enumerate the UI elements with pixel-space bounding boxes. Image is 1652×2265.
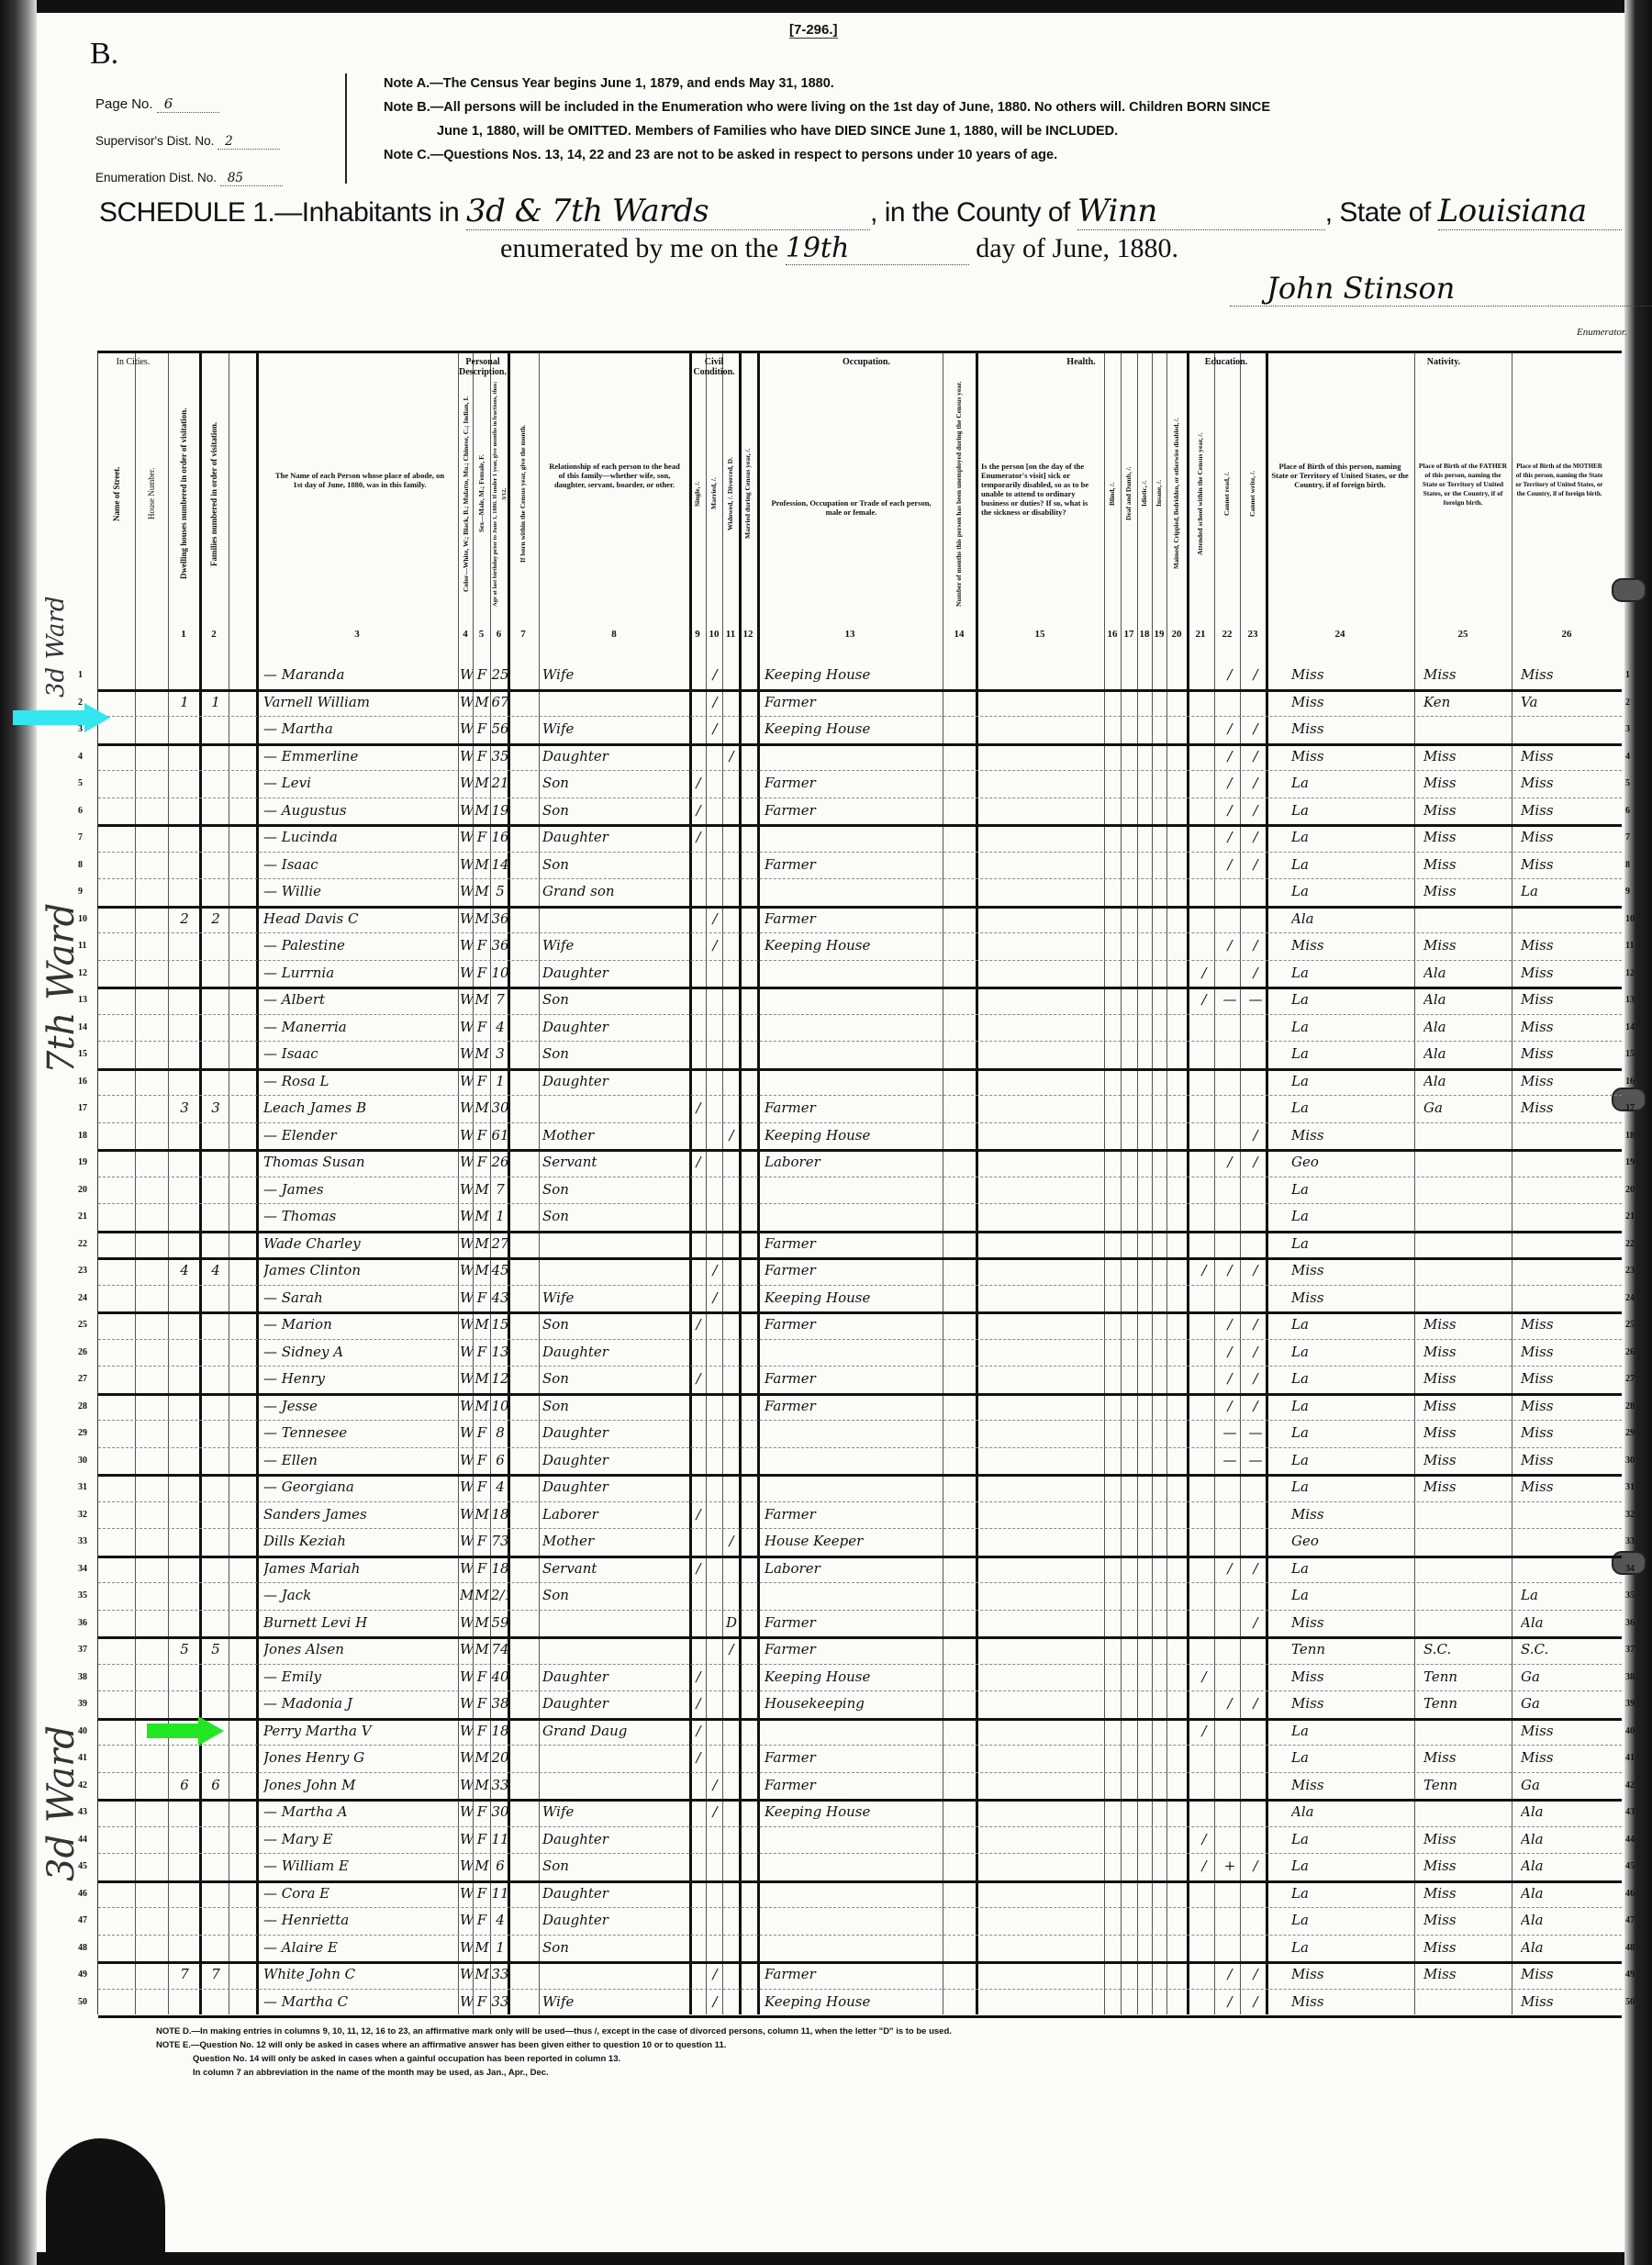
single-mark: / xyxy=(693,1695,704,1712)
sex-value: M xyxy=(474,856,489,873)
line-number-right: 1 xyxy=(1625,670,1630,680)
father-birthplace-value: Miss xyxy=(1423,1831,1510,1847)
supervisor-district: Supervisor's Dist. No. 2 xyxy=(95,134,280,150)
birthplace-value: La xyxy=(1291,1939,1411,1956)
color-value: W xyxy=(460,748,473,764)
col-num: 13 xyxy=(757,629,943,640)
line-number-right: 41 xyxy=(1625,1753,1635,1763)
person-name: James Clinton xyxy=(263,1262,458,1278)
line-number: 39 xyxy=(78,1699,87,1709)
color-value: W xyxy=(460,1316,473,1333)
person-name: — Rosa L xyxy=(263,1073,458,1089)
schedule-place: 3d & 7th Wards xyxy=(466,193,870,230)
table-row: 4444— Mary EWF11Daughter/LaMissAla xyxy=(98,1826,1622,1855)
single-mark: / xyxy=(693,1668,704,1685)
footnotes: NOTE D.—In making entries in columns 9, … xyxy=(156,2025,1588,2080)
sex-value: M xyxy=(474,775,489,791)
col-num: 17 xyxy=(1121,629,1137,640)
col-num: 8 xyxy=(539,629,689,640)
county-label: , in the County of xyxy=(870,197,1070,228)
sex-value: M xyxy=(474,1045,489,1062)
birthplace-value: La xyxy=(1291,1316,1411,1333)
cannot-read-mark: — xyxy=(1222,991,1238,1008)
line-number-right: 38 xyxy=(1625,1672,1635,1682)
sex-value: M xyxy=(474,883,489,899)
relationship-value: Daughter xyxy=(542,965,687,981)
age-value: 2/12 xyxy=(491,1587,509,1603)
person-name: — Augustus xyxy=(263,802,458,819)
birthplace-value: Ala xyxy=(1291,1803,1411,1820)
mother-birthplace-value: Ala xyxy=(1521,1858,1618,1874)
birthplace-value: Miss xyxy=(1291,666,1411,683)
instruction-notes: Note A.—The Census Year begins June 1, 1… xyxy=(384,72,1270,167)
ward-annotation-3d-top: 3d Ward xyxy=(42,597,70,698)
line-number: 46 xyxy=(78,1889,87,1899)
col-header-sex: Sex—Male, M.; Female, F. xyxy=(477,379,486,608)
occupation-value: Farmer xyxy=(765,1235,941,1252)
sex-value: F xyxy=(474,1478,489,1495)
person-name: — Cora E xyxy=(263,1885,458,1902)
line-number-right: 8 xyxy=(1625,860,1630,870)
mother-birthplace-value: Ala xyxy=(1521,1831,1618,1847)
line-number: 8 xyxy=(78,860,83,870)
table-row: 4848— Alaire EWM1SonLaMissAla xyxy=(98,1935,1622,1965)
occupation-value: Farmer xyxy=(765,1316,941,1333)
sex-value: F xyxy=(474,748,489,764)
cannot-read-mark: + xyxy=(1222,1858,1238,1874)
person-name: — Manerria xyxy=(263,1019,458,1035)
relationship-value: Daughter xyxy=(542,1912,687,1928)
enumerated-label: enumerated by me on the xyxy=(500,233,778,263)
father-birthplace-value: Ken xyxy=(1423,694,1510,710)
line-number-right: 20 xyxy=(1625,1185,1635,1195)
relationship-value: Wife xyxy=(542,666,687,683)
mother-birthplace-value: Ala xyxy=(1521,1803,1618,1820)
ward-annotation-3d-bottom: 3d Ward xyxy=(40,1725,83,1881)
single-mark: / xyxy=(693,1749,704,1766)
occupation-value: Farmer xyxy=(765,1506,941,1523)
line-number-right: 2 xyxy=(1625,697,1630,708)
father-birthplace-value: Ala xyxy=(1423,991,1510,1008)
table-row: 2424— SarahWF43Wife/Keeping HouseMiss xyxy=(98,1285,1622,1315)
person-name: — Henry xyxy=(263,1370,458,1387)
person-name: — Levi xyxy=(263,775,458,791)
person-name: — Georgiana xyxy=(263,1478,458,1495)
person-name: — Sidney A xyxy=(263,1344,458,1360)
color-value: W xyxy=(460,666,473,683)
relationship-value: Son xyxy=(542,991,687,1008)
color-value: W xyxy=(460,1803,473,1820)
occupation-value: Farmer xyxy=(765,1966,941,1982)
cannot-write-mark: / xyxy=(1247,856,1264,873)
cannot-read-mark: / xyxy=(1222,1316,1238,1333)
cannot-write-mark: / xyxy=(1247,937,1264,954)
mother-birthplace-value: Miss xyxy=(1521,1099,1618,1116)
family-number: 5 xyxy=(205,1641,227,1657)
birthplace-value: La xyxy=(1291,1587,1411,1603)
sex-value: F xyxy=(474,1127,489,1144)
table-row: 1818— ElenderWF61Mother/Keeping House/Mi… xyxy=(98,1122,1622,1153)
age-value: 74 xyxy=(491,1641,509,1657)
married-mark: / xyxy=(709,1803,720,1820)
father-birthplace-value: S.C. xyxy=(1423,1641,1510,1657)
table-row: 4747— HenriettaWF4DaughterLaMissAla xyxy=(98,1907,1622,1936)
census-table: In Cities. Personal Description. Civil C… xyxy=(97,351,1622,2014)
person-name: — Lucinda xyxy=(263,829,458,845)
table-row: 3838— EmilyWF40Daughter/Keeping House/Mi… xyxy=(98,1664,1622,1692)
single-mark: / xyxy=(693,802,704,819)
widowed-divorced-mark: D xyxy=(726,1614,737,1631)
family-number: 7 xyxy=(205,1966,227,1982)
cannot-read-mark: / xyxy=(1222,1560,1238,1577)
person-name: — Jack xyxy=(263,1587,458,1603)
col-header-unemployed: Number of months this person has been un… xyxy=(954,379,964,608)
line-number: 23 xyxy=(78,1266,87,1276)
table-row: 3939— Madonia JWF38Daughter/Housekeeping… xyxy=(98,1690,1622,1721)
brace-divider xyxy=(341,73,347,184)
sex-value: F xyxy=(474,1560,489,1577)
table-row: 101022Head Davis CWM36/FarmerAla xyxy=(98,906,1622,934)
mother-birthplace-value: Miss xyxy=(1521,802,1618,819)
sex-value: M xyxy=(474,694,489,710)
birthplace-value: Miss xyxy=(1291,1695,1411,1712)
line-number-right: 4 xyxy=(1625,752,1630,762)
line-number: 17 xyxy=(78,1103,87,1113)
line-number-right: 18 xyxy=(1625,1131,1635,1141)
col-num: 19 xyxy=(1152,629,1166,640)
age-value: 1 xyxy=(491,1073,509,1089)
widowed-divorced-mark: / xyxy=(726,748,737,764)
person-name: — Lurrnia xyxy=(263,965,458,981)
table-row: 77— LucindaWF16Daughter///LaMissMiss xyxy=(98,824,1622,853)
sex-value: F xyxy=(474,1424,489,1441)
person-name: White John C xyxy=(263,1966,458,1982)
line-number-right: 21 xyxy=(1625,1211,1635,1222)
line-number: 33 xyxy=(78,1536,87,1546)
father-birthplace-value: Ala xyxy=(1423,965,1510,981)
county-value: Winn xyxy=(1077,193,1325,230)
mother-birthplace-value: Va xyxy=(1521,694,1618,710)
cannot-write-mark: / xyxy=(1247,1127,1264,1144)
relationship-value: Grand son xyxy=(542,883,687,899)
occupation-value: Farmer xyxy=(765,1641,941,1657)
color-value: W xyxy=(460,1831,473,1847)
age-value: 18 xyxy=(491,1723,509,1739)
line-number: 4 xyxy=(78,752,83,762)
table-row: 1414— ManerriaWF4DaughterLaAlaMiss xyxy=(98,1014,1622,1043)
relationship-value: Daughter xyxy=(542,829,687,845)
sex-value: M xyxy=(474,991,489,1008)
line-number-right: 30 xyxy=(1625,1456,1635,1466)
mother-birthplace-value: Miss xyxy=(1521,1749,1618,1766)
sex-value: F xyxy=(474,1154,489,1170)
line-number-right: 28 xyxy=(1625,1401,1635,1411)
color-value: W xyxy=(460,1885,473,1902)
person-name: — Madonia J xyxy=(263,1695,458,1712)
person-name: — Martha xyxy=(263,720,458,737)
person-name: — Sarah xyxy=(263,1289,458,1306)
line-number-right: 32 xyxy=(1625,1510,1635,1520)
table-row: 1313— AlbertWM7Son/——LaAlaMiss xyxy=(98,987,1622,1015)
person-name: — Jesse xyxy=(263,1398,458,1414)
age-value: 73 xyxy=(491,1533,509,1549)
table-row: 373755Jones AlsenWM74/FarmerTennS.C.S.C. xyxy=(98,1636,1622,1665)
line-number-right: 39 xyxy=(1625,1699,1635,1709)
birthplace-value: La xyxy=(1291,1045,1411,1062)
line-number-right: 24 xyxy=(1625,1293,1635,1303)
person-name: — Ellen xyxy=(263,1452,458,1468)
sex-value: F xyxy=(474,1668,489,1685)
line-number: 22 xyxy=(78,1239,87,1249)
mother-birthplace-value: Ala xyxy=(1521,1614,1618,1631)
col-num: 18 xyxy=(1137,629,1152,640)
mother-birthplace-value: Miss xyxy=(1521,1478,1618,1495)
mother-birthplace-value: Miss xyxy=(1521,937,1618,954)
age-value: 36 xyxy=(491,910,509,927)
cannot-write-mark: / xyxy=(1247,1560,1264,1577)
book-spine xyxy=(0,0,37,2265)
cannot-write-mark: — xyxy=(1247,991,1264,1008)
cannot-read-mark: / xyxy=(1222,856,1238,873)
cannot-read-mark: / xyxy=(1222,1262,1238,1278)
relationship-value: Son xyxy=(542,802,687,819)
color-value: W xyxy=(460,1344,473,1360)
color-value: W xyxy=(460,1127,473,1144)
single-mark: / xyxy=(693,775,704,791)
mother-birthplace-value: Ala xyxy=(1521,1939,1618,1956)
father-birthplace-value: Miss xyxy=(1423,1858,1510,1874)
relationship-value: Son xyxy=(542,1181,687,1198)
color-value: W xyxy=(460,1777,473,1793)
table-row: 55— LeviWM21Son/Farmer//LaMissMiss xyxy=(98,770,1622,798)
age-value: 14 xyxy=(491,856,509,873)
relationship-value: Son xyxy=(542,1587,687,1603)
mother-birthplace-value: Miss xyxy=(1521,1045,1618,1062)
col-num: 11 xyxy=(722,629,739,640)
color-value: W xyxy=(460,1506,473,1523)
cannot-write-mark: / xyxy=(1247,1398,1264,1414)
birthplace-value: La xyxy=(1291,1749,1411,1766)
line-number: 1 xyxy=(78,670,83,680)
birthplace-value: La xyxy=(1291,1099,1411,1116)
father-birthplace-value: Miss xyxy=(1423,1370,1510,1387)
sex-value: M xyxy=(474,1777,489,1793)
age-value: 10 xyxy=(491,965,509,981)
table-row: 33— MarthaWF56Wife/Keeping House//Miss xyxy=(98,716,1622,746)
relationship-value: Daughter xyxy=(542,1695,687,1712)
person-name: Dills Keziah xyxy=(263,1533,458,1549)
mother-birthplace-value: Miss xyxy=(1521,965,1618,981)
mother-birthplace-value: Miss xyxy=(1521,775,1618,791)
table-row: 3535— JackMuM2/12SonLaLa xyxy=(98,1582,1622,1611)
person-name: James Mariah xyxy=(263,1560,458,1577)
line-number-right: 19 xyxy=(1625,1157,1635,1167)
mother-birthplace-value: Ga xyxy=(1521,1695,1618,1712)
father-birthplace-value: Miss xyxy=(1423,748,1510,764)
cannot-write-mark: / xyxy=(1247,748,1264,764)
mother-birthplace-value: Miss xyxy=(1521,1398,1618,1414)
col-header-cannot-read: Cannot read, /. xyxy=(1222,379,1232,608)
occupation-value: Keeping House xyxy=(765,1289,941,1306)
single-mark: / xyxy=(693,1370,704,1387)
person-name: — Emily xyxy=(263,1668,458,1685)
sex-value: M xyxy=(474,1614,489,1631)
age-value: 26 xyxy=(491,1154,509,1170)
sex-value: F xyxy=(474,666,489,683)
relationship-value: Daughter xyxy=(542,1344,687,1360)
line-number-right: 23 xyxy=(1625,1266,1635,1276)
age-value: 33 xyxy=(491,1993,509,2010)
col-header-dwelling: Dwelling houses numbered in order of vis… xyxy=(179,379,188,608)
cannot-read-mark: / xyxy=(1222,1993,1238,2010)
relationship-value: Son xyxy=(542,1316,687,1333)
sex-value: F xyxy=(474,937,489,954)
occupation-value: Farmer xyxy=(765,1262,941,1278)
line-number-right: 11 xyxy=(1625,941,1634,951)
occupation-value: Farmer xyxy=(765,1749,941,1766)
table-row: 171733Leach James BWM30/FarmerLaGaMiss xyxy=(98,1095,1622,1123)
line-number: 24 xyxy=(78,1293,87,1303)
color-value: W xyxy=(460,1262,473,1278)
father-birthplace-value: Ala xyxy=(1423,1045,1510,1062)
cannot-read-mark: / xyxy=(1222,1966,1238,1982)
occupation-value: Farmer xyxy=(765,1777,941,1793)
sex-value: M xyxy=(474,1181,489,1198)
table-row: 88— IsaacWM14SonFarmer//LaMissMiss xyxy=(98,852,1622,880)
line-number-right: 49 xyxy=(1625,1969,1635,1980)
relationship-value: Daughter xyxy=(542,1885,687,1902)
color-value: W xyxy=(460,1099,473,1116)
sex-value: M xyxy=(474,1749,489,1766)
date-suffix: day of June, 1880. xyxy=(976,233,1178,263)
occupation-value: Laborer xyxy=(765,1560,941,1577)
married-mark: / xyxy=(709,694,720,710)
widowed-divorced-mark: / xyxy=(726,1533,737,1549)
family-number: 4 xyxy=(205,1262,227,1278)
line-number: 7 xyxy=(78,832,83,842)
family-number: 1 xyxy=(205,694,227,710)
col-num: 10 xyxy=(706,629,722,640)
sex-value: F xyxy=(474,965,489,981)
enumerator-signature: John Stinson xyxy=(1230,271,1652,307)
age-value: 6 xyxy=(491,1452,509,1468)
father-birthplace-value: Tenn xyxy=(1423,1668,1510,1685)
color-value: W xyxy=(460,856,473,873)
person-name: Leach James B xyxy=(263,1099,458,1116)
married-mark: / xyxy=(709,937,720,954)
occupation-value: Keeping House xyxy=(765,1668,941,1685)
father-birthplace-value: Miss xyxy=(1423,1424,1510,1441)
relationship-value: Son xyxy=(542,1208,687,1224)
line-number-right: 13 xyxy=(1625,995,1635,1005)
sex-value: M xyxy=(474,1966,489,1982)
table-row: 11— MarandaWF25Wife/Keeping House//MissM… xyxy=(98,662,1622,692)
table-row: 3434James MariahWF18Servant/Laborer//La xyxy=(98,1556,1622,1584)
col-num: 20 xyxy=(1166,629,1187,640)
birthplace-value: Geo xyxy=(1291,1154,1411,1170)
col-num: 25 xyxy=(1414,629,1512,640)
occupation-value: Farmer xyxy=(765,775,941,791)
sex-value: F xyxy=(474,1831,489,1847)
sex-value: M xyxy=(474,910,489,927)
line-number-right: 3 xyxy=(1625,724,1630,734)
table-row: 2828— JesseWM10SonFarmer//LaMissMiss xyxy=(98,1393,1622,1422)
person-name: Head Davis C xyxy=(263,910,458,927)
color-value: W xyxy=(460,1452,473,1468)
mother-birthplace-value: Ga xyxy=(1521,1668,1618,1685)
birthplace-value: La xyxy=(1291,1452,1411,1468)
color-value: W xyxy=(460,965,473,981)
group-nativity: Nativity. xyxy=(1266,357,1622,367)
occupation-value: Housekeeping xyxy=(765,1695,941,1712)
relationship-value: Wife xyxy=(542,1993,687,2010)
birthplace-value: La xyxy=(1291,1885,1411,1902)
cannot-write-mark: / xyxy=(1247,1966,1264,1982)
age-value: 12 xyxy=(491,1370,509,1387)
birthplace-value: La xyxy=(1291,1424,1411,1441)
married-mark: / xyxy=(709,1289,720,1306)
table-row: 2020— JamesWM7SonLa xyxy=(98,1177,1622,1205)
line-number-right: 26 xyxy=(1625,1347,1635,1357)
dwelling-number: 5 xyxy=(173,1641,195,1657)
line-number: 34 xyxy=(78,1564,87,1574)
cannot-write-mark: / xyxy=(1247,1370,1264,1387)
age-value: 38 xyxy=(491,1695,509,1712)
group-in-cities: In Cities. xyxy=(98,357,168,367)
birthplace-value: Miss xyxy=(1291,937,1411,954)
single-mark: / xyxy=(693,1099,704,1116)
married-mark: / xyxy=(709,910,720,927)
line-number: 20 xyxy=(78,1185,87,1195)
relationship-value: Daughter xyxy=(542,1831,687,1847)
sex-value: M xyxy=(474,1587,489,1603)
birthplace-value: Geo xyxy=(1291,1533,1411,1549)
cannot-write-mark: / xyxy=(1247,1344,1264,1360)
footnote-f: Question No. 14 will only be asked in ca… xyxy=(156,2052,1588,2066)
cannot-read-mark: / xyxy=(1222,1398,1238,1414)
color-value: W xyxy=(460,910,473,927)
birthplace-value: La xyxy=(1291,1831,1411,1847)
line-number: 29 xyxy=(78,1428,87,1438)
relationship-value: Servant xyxy=(542,1560,687,1577)
married-mark: / xyxy=(709,1993,720,2010)
birthplace-value: Miss xyxy=(1291,1289,1411,1306)
single-mark: / xyxy=(693,1506,704,1523)
birthplace-value: Miss xyxy=(1291,1262,1411,1278)
line-number-right: 5 xyxy=(1625,778,1630,788)
birthplace-value: Miss xyxy=(1291,1614,1411,1631)
col-num: 24 xyxy=(1266,629,1414,640)
widowed-divorced-mark: / xyxy=(726,1641,737,1657)
father-birthplace-value: Miss xyxy=(1423,1885,1510,1902)
relationship-value: Son xyxy=(542,856,687,873)
cannot-read-mark: / xyxy=(1222,748,1238,764)
sex-value: F xyxy=(474,1912,489,1928)
col-header-single: Single, /. xyxy=(693,379,702,608)
col-header-married: Married, /. xyxy=(709,379,719,608)
birthplace-value: La xyxy=(1291,1235,1411,1252)
family-number: 3 xyxy=(205,1099,227,1116)
mother-birthplace-value: Ga xyxy=(1521,1777,1618,1793)
birthplace-value: La xyxy=(1291,1344,1411,1360)
person-name: — Isaac xyxy=(263,1045,458,1062)
birthplace-value: Miss xyxy=(1291,720,1411,737)
mother-birthplace-value: Miss xyxy=(1521,856,1618,873)
color-value: W xyxy=(460,1370,473,1387)
sex-value: M xyxy=(474,1398,489,1414)
line-number-right: 36 xyxy=(1625,1618,1635,1628)
table-row: 5050— Martha CWF33Wife/Keeping House//Mi… xyxy=(98,1989,1622,2019)
